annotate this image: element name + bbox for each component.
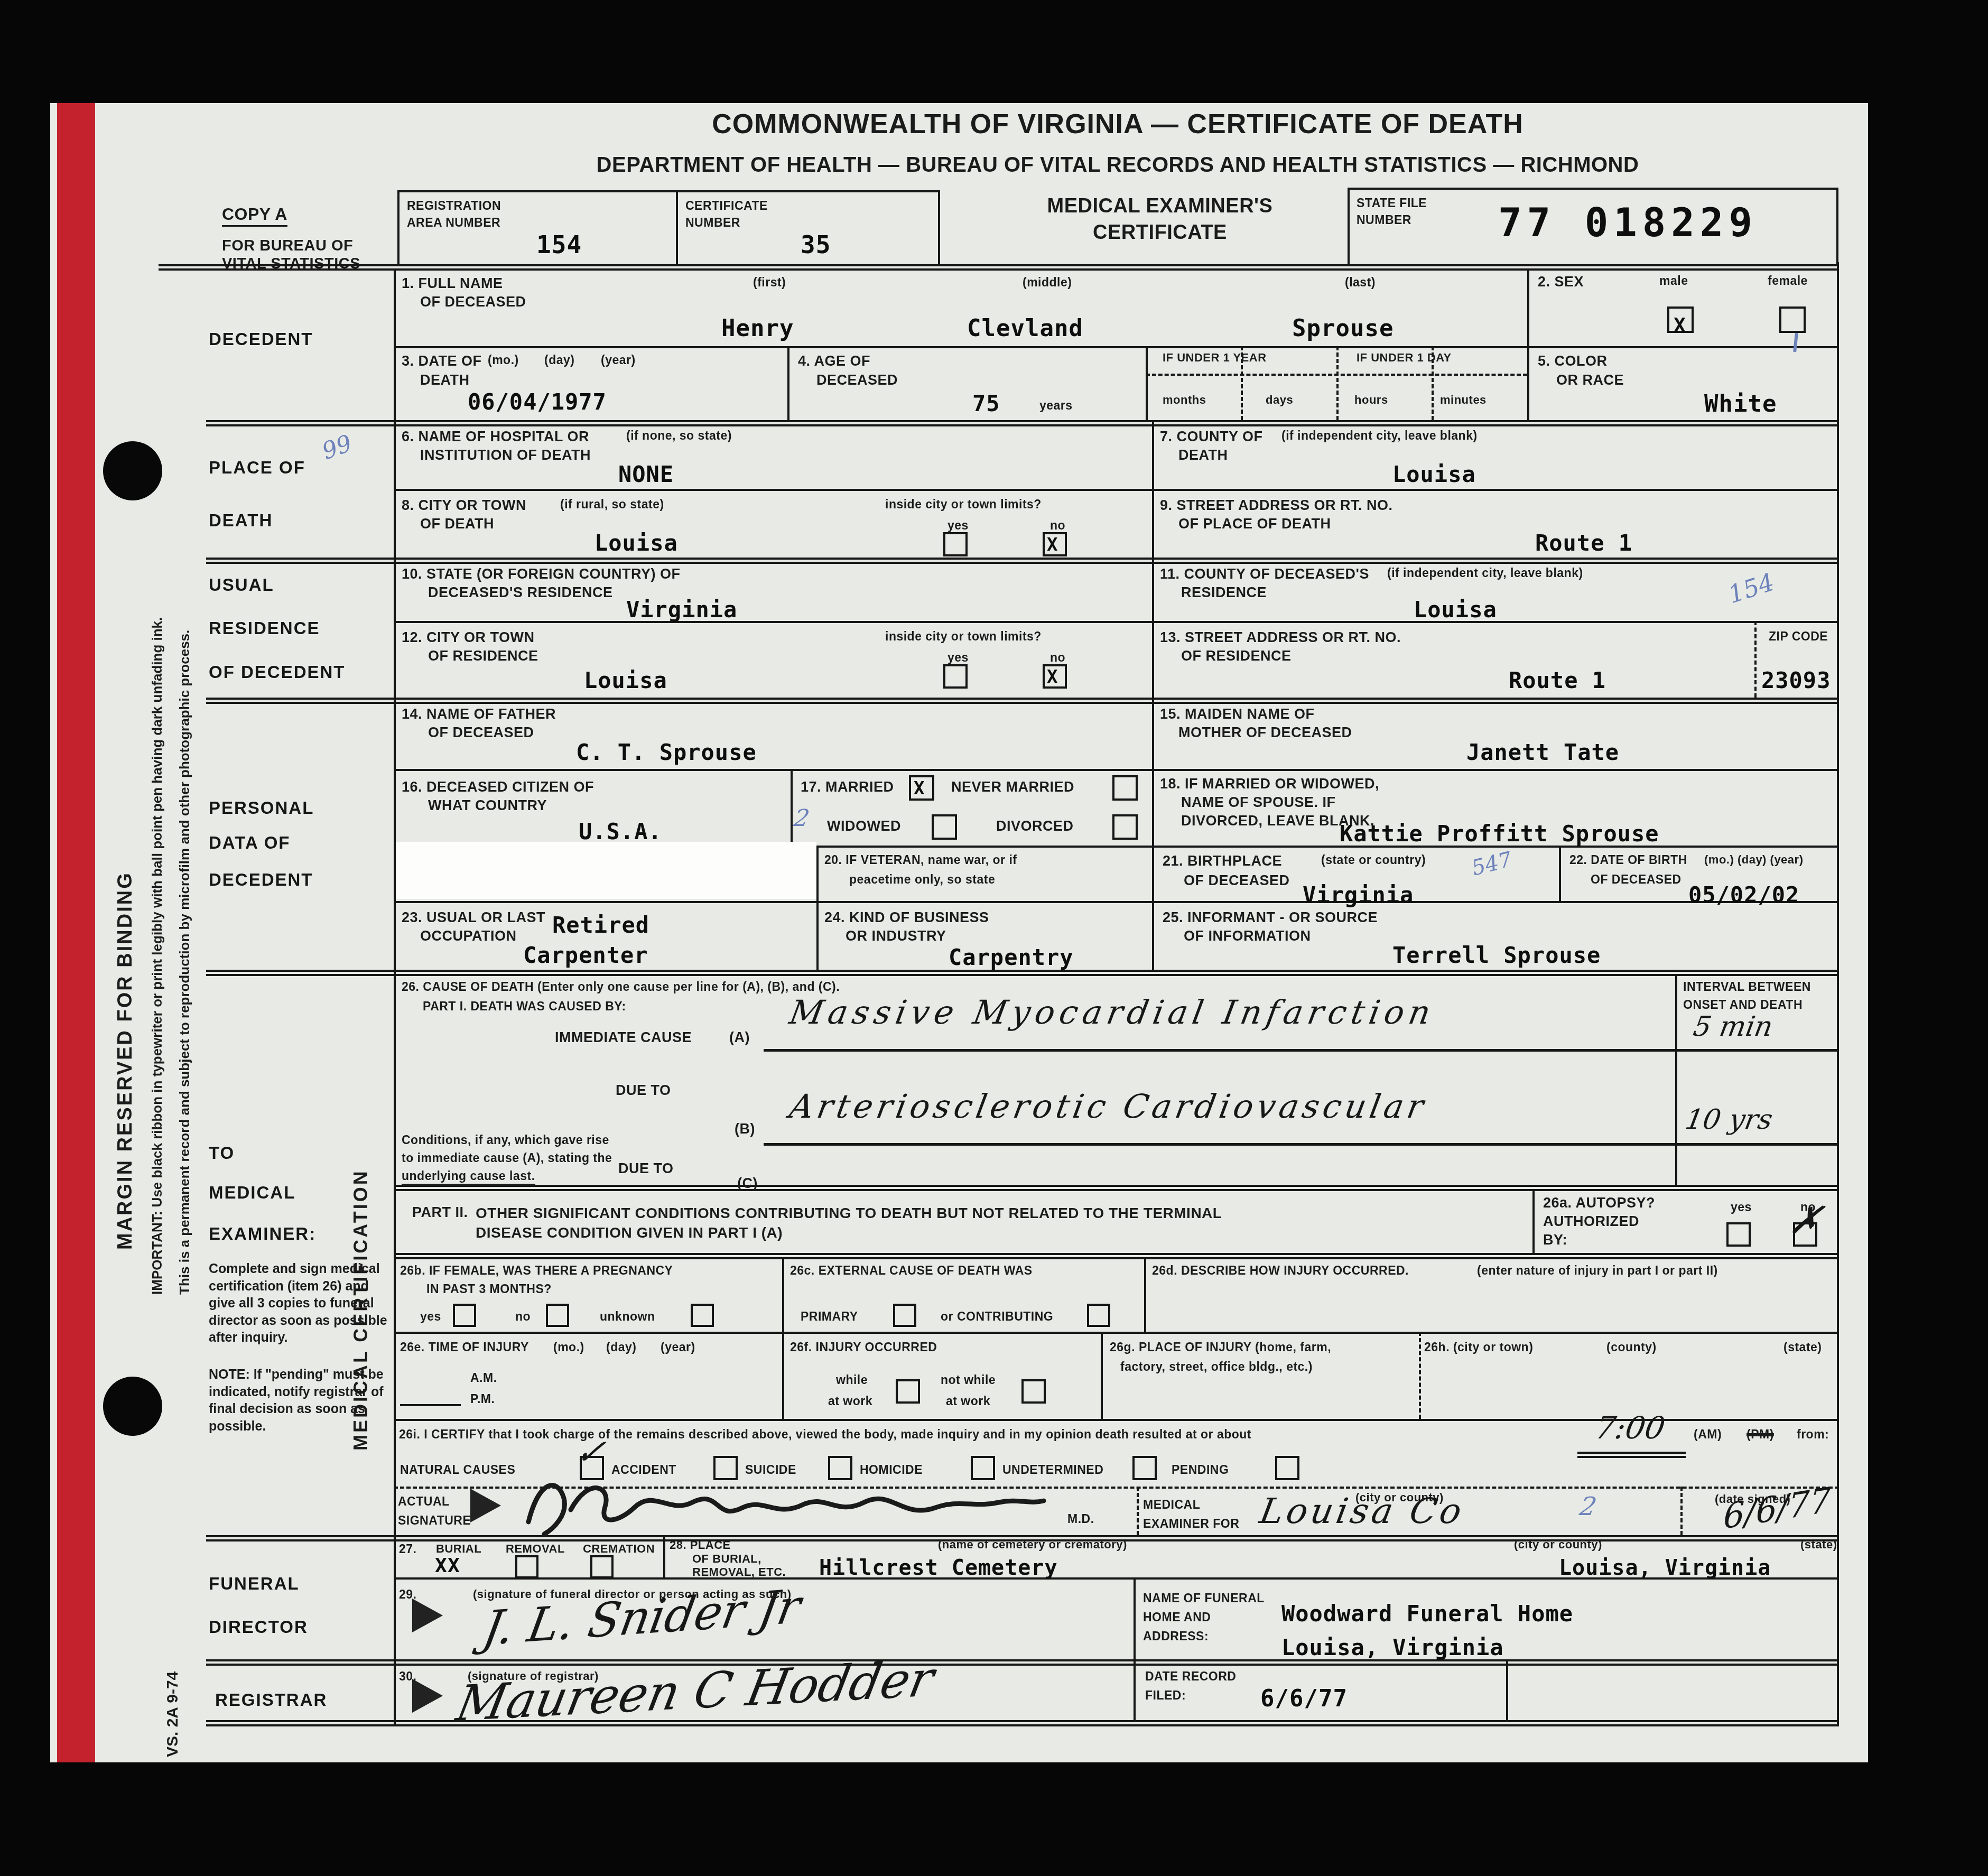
rule (206, 562, 1839, 564)
f21-label1: 21. BIRTHPLACE (1163, 852, 1282, 870)
f26-b: (B) (735, 1120, 755, 1138)
f6-label1: 6. NAME OF HOSPITAL OR (402, 428, 589, 446)
f28-label1: 28. PLACE (670, 1538, 731, 1553)
f26f-atwork2: at work (946, 1394, 990, 1409)
section-usual3: OF DECEDENT (209, 661, 346, 684)
section-personal2: DATA OF (209, 831, 291, 855)
f6-label2: INSTITUTION OF DEATH (420, 447, 591, 465)
redaction-block (396, 842, 816, 899)
hw-blue-2-date: 2 (1578, 1494, 1599, 1519)
f8-no-checkbox: X (1043, 532, 1067, 556)
male-x-mark: X (1674, 315, 1686, 335)
autopsy-no-handwritten-mark: ✗ (1787, 1201, 1825, 1239)
f26b-label1: 26b. IF FEMALE, WAS THERE A PREGNANCY (400, 1263, 673, 1278)
f26h-county: (county) (1606, 1340, 1657, 1355)
margin-important-note: IMPORTANT: Use black ribbon in typewrite… (148, 370, 166, 1295)
f15-label2: MOTHER OF DECEASED (1178, 724, 1352, 742)
certificate-label1: CERTIFICATE (685, 198, 768, 213)
rule (394, 769, 1839, 771)
rule (206, 1724, 1839, 1726)
cremation-label: CREMATION (583, 1541, 655, 1556)
rule (394, 1332, 1839, 1334)
f5-label1: 5. COLOR (1538, 352, 1608, 370)
funeral-home-address: Louisa, Virginia (1281, 1637, 1504, 1659)
f26-c: (C) (737, 1175, 758, 1193)
section-personal1: PERSONAL (209, 796, 314, 820)
contributing-checkbox (1087, 1304, 1110, 1327)
date-of-death: 06/04/1977 (468, 391, 607, 413)
city-residence: Louisa (584, 670, 667, 692)
f26e-label1: 26e. TIME OF INJURY (400, 1340, 529, 1355)
f26f-atwork1: at work (828, 1394, 872, 1409)
removal-label: REMOVAL (506, 1541, 565, 1556)
f26c-label1: 26c. EXTERNAL CAUSE OF DEATH WAS (790, 1263, 1033, 1278)
zip-label: ZIP CODE (1769, 629, 1828, 644)
rule (400, 1404, 461, 1406)
f4-label1: 4. AGE OF (798, 352, 870, 370)
f23-label2: OCCUPATION (420, 927, 517, 945)
part2-label: PART II. (412, 1204, 468, 1222)
rule (206, 974, 1839, 976)
rule (394, 1257, 1839, 1259)
f14-label1: 14. NAME OF FATHER (402, 705, 556, 723)
f16-label1: 16. DECEASED CITIZEN OF (402, 778, 594, 796)
married-x: X (914, 779, 924, 797)
while-at-work-checkbox (896, 1379, 920, 1404)
signature-label: SIGNATURE (398, 1513, 471, 1528)
f12-inside-label: inside city or town limits? (885, 629, 1042, 644)
rule (1152, 420, 1154, 970)
f12-no-x: X (1047, 668, 1057, 686)
section-registrar: REGISTRAR (215, 1688, 327, 1712)
f26b-unknown-label: unknown (600, 1309, 655, 1324)
f7-label2: DEATH (1178, 447, 1228, 465)
f26-a: (A) (729, 1029, 750, 1047)
f3-mo: (mo.) (488, 352, 519, 368)
funeral-home-name: Woodward Funeral Home (1281, 1603, 1573, 1625)
f22-label1b: (mo.) (day) (year) (1704, 852, 1803, 867)
rule (1146, 346, 1148, 420)
f26-cond2: to immediate cause (A), stating the (402, 1150, 612, 1166)
f7-label1b: (if independent city, leave blank) (1281, 428, 1478, 443)
f26h-state: (state) (1783, 1340, 1822, 1355)
under1day-label: IF UNDER 1 DAY (1357, 350, 1452, 365)
f8-no-x: X (1047, 536, 1057, 554)
pending-label: PENDING (1172, 1462, 1229, 1478)
f26-dueto-b: DUE TO (616, 1082, 671, 1100)
copy-for1: FOR BUREAU OF (222, 236, 353, 255)
f25-label2: OF INFORMATION (1184, 927, 1311, 945)
rule (159, 268, 1839, 271)
certificate-paper: MARGIN RESERVED FOR BINDING IMPORTANT: U… (50, 103, 1868, 1762)
natural-causes-handwritten-check: ✓ (573, 1435, 608, 1470)
f26e-mo: (mo.) (553, 1340, 584, 1355)
rule (1134, 1577, 1136, 1720)
am-label: (AM) (1694, 1427, 1722, 1442)
name-middle: Clevland (967, 317, 1083, 340)
hospital: NONE (618, 463, 674, 486)
interval-label1: INTERVAL BETWEEN (1683, 979, 1811, 995)
f3-label2: DEATH (420, 372, 470, 389)
f26b-label2: IN PAST 3 MONTHS? (426, 1281, 552, 1297)
zip-code: 23093 (1761, 670, 1831, 692)
f11-label2: RESIDENCE (1181, 584, 1267, 602)
f30-label1: DATE RECORD (1145, 1669, 1236, 1684)
rule (206, 1664, 1839, 1666)
occupation-line1: Retired (552, 914, 649, 936)
section-usual1: USUAL (209, 573, 274, 597)
f1-label1: 1. FULL NAME (402, 275, 503, 293)
registrar-arrow-icon (412, 1679, 443, 1713)
occupation-line2: Carpenter (523, 944, 648, 967)
form-number: VS. 2A 9-74 (162, 1599, 183, 1757)
f3-day: (day) (544, 352, 574, 368)
rule (206, 558, 1839, 560)
f15-label1: 15. MAIDEN NAME OF (1160, 705, 1315, 723)
cause-b-handwriting: Arteriosclerotic Cardiovascular (787, 1090, 1430, 1123)
rule (206, 420, 1839, 422)
binding-red-stripe (57, 103, 95, 1762)
medical-examiners-line1: MEDICAL EXAMINER'S (996, 194, 1324, 219)
rule (394, 1185, 1839, 1187)
f4-years: years (1039, 398, 1073, 413)
f30-label2: FILED: (1145, 1688, 1186, 1703)
f8-yes-label: yes (947, 518, 969, 533)
hw-blue-99: 99 (319, 432, 355, 463)
f18-label2: NAME OF SPOUSE. IF (1181, 794, 1336, 812)
undetermined-checkbox (1132, 1456, 1157, 1480)
removal-checkbox (515, 1555, 538, 1578)
date-signed-handwriting: 6/6/77 (1723, 1483, 1832, 1534)
name-first: Henry (721, 317, 794, 340)
female-checkbox (1779, 307, 1806, 333)
rule (764, 1143, 1839, 1146)
under1year-label: IF UNDER 1 YEAR (1163, 350, 1267, 365)
f21-label1b: (state or country) (1321, 852, 1426, 868)
f28-label2: OF BURIAL, (692, 1552, 761, 1566)
f6-label1b: (if none, so state) (626, 428, 732, 443)
f8-label1b: (if rural, so state) (560, 497, 664, 512)
rule (1527, 268, 1529, 420)
f28-label3: REMOVAL, ETC. (692, 1565, 786, 1580)
rule (394, 346, 1839, 348)
f2-female-label: female (1768, 273, 1808, 289)
rule (394, 1253, 1839, 1255)
f26d-label1b: (enter nature of injury in part I or par… (1477, 1263, 1718, 1278)
page-title: COMMONWEALTH OF VIRGINIA — CERTIFICATE O… (642, 107, 1593, 142)
f8-label1: 8. CITY OR TOWN (402, 497, 526, 515)
autopsy-yes-checkbox (1726, 1222, 1751, 1247)
f8-no-label: no (1050, 518, 1065, 533)
never-married-checkbox (1112, 775, 1138, 801)
f9-label2: OF PLACE OF DEATH (1178, 515, 1331, 533)
me-for-label2: EXAMINER FOR (1143, 1516, 1239, 1531)
medical-examiner-signature-scribble (515, 1472, 1054, 1538)
f1-first-label: (first) (753, 275, 786, 290)
actual-label: ACTUAL (398, 1494, 450, 1509)
f28-state-label: (state) (1800, 1537, 1837, 1552)
f26-cond3: underlying cause last. (402, 1168, 535, 1186)
f8-yes-checkbox (943, 532, 968, 556)
f26a-label3: BY: (1543, 1231, 1567, 1249)
f26f-while: while (836, 1372, 868, 1388)
name-last: Sprouse (1292, 317, 1394, 340)
f5-label2: OR RACE (1556, 372, 1624, 389)
section-funeral2: DIRECTOR (209, 1615, 308, 1639)
rule (206, 424, 1839, 426)
registration-label2: AREA NUMBER (407, 215, 500, 230)
rule (1675, 974, 1677, 1185)
street-residence: Route 1 (1509, 670, 1606, 692)
from-label: from: (1797, 1427, 1829, 1442)
cremation-checkbox (590, 1555, 614, 1578)
widowed-checkbox (932, 814, 957, 840)
f12-label1: 12. CITY OR TOWN (402, 629, 535, 647)
f3-year: (year) (601, 352, 636, 368)
citizen-of: U.S.A. (579, 821, 662, 843)
page-subtitle: DEPARTMENT OF HEALTH — BUREAU OF VITAL R… (563, 152, 1673, 178)
interval-b-handwriting: 10 yrs (1683, 1106, 1775, 1134)
rule (816, 846, 819, 970)
f1-label2: OF DECEASED (420, 293, 526, 311)
f17-never-label: NEVER MARRIED (951, 778, 1074, 796)
f12-no-checkbox: X (1043, 664, 1067, 689)
f26c-primary-label: PRIMARY (801, 1309, 858, 1324)
hw-blue-2-widowed: 2 (792, 807, 811, 830)
certificate-number: 35 (801, 233, 831, 257)
state-file-number: 77 018229 (1498, 203, 1758, 243)
pregnancy-yes-checkbox (453, 1304, 476, 1327)
f20-label2: peacetime only, so state (849, 872, 995, 887)
f17-married-label: 17. MARRIED (801, 778, 894, 796)
section-to1: TO (209, 1141, 235, 1165)
f29-home-label1: NAME OF FUNERAL (1143, 1591, 1265, 1606)
hours-label: hours (1354, 393, 1388, 407)
copy-a-label: COPY A (222, 203, 287, 225)
rule (394, 901, 1839, 903)
rule (206, 702, 1839, 704)
rule (206, 1659, 1839, 1661)
primary-checkbox (893, 1304, 916, 1327)
f27-number: 27. (399, 1541, 416, 1557)
f29-home-label2: HOME AND (1143, 1610, 1211, 1625)
f26-cond1: Conditions, if any, which gave rise (402, 1132, 609, 1148)
rule (782, 1257, 784, 1419)
father-name: C. T. Sprouse (576, 741, 757, 764)
age: 75 (972, 393, 1000, 415)
married-checkbox: X (909, 775, 934, 801)
f1-last-label: (last) (1345, 275, 1376, 290)
rule (159, 264, 1839, 266)
pending-checkbox (1275, 1456, 1299, 1480)
f26a-label2: AUTHORIZED (1543, 1213, 1639, 1231)
informant: Terrell Sprouse (1392, 944, 1601, 967)
f26-part1: PART I. DEATH WAS CAUSED BY: (423, 999, 626, 1014)
me-for-handwriting: Louisa Co (1257, 1494, 1467, 1529)
city-of-death: Louisa (594, 532, 678, 554)
f13-label1: 13. STREET ADDRESS OR RT. NO. (1160, 629, 1401, 647)
state-file-label2: NUMBER (1357, 212, 1411, 228)
f12-label2: OF RESIDENCE (428, 647, 538, 665)
f26a-yes-label: yes (1731, 1200, 1752, 1215)
f8-label2: OF DEATH (420, 515, 494, 533)
f25-label1: 25. INFORMANT - OR SOURCE (1163, 909, 1378, 927)
f26d-label1: 26d. DESCRIBE HOW INJURY OCCURRED. (1152, 1263, 1409, 1278)
rule (206, 1720, 1839, 1722)
f26f-label1: 26f. INJURY OCCURRED (790, 1340, 937, 1355)
pending-note: NOTE: If "pending" must be indicated, no… (209, 1366, 391, 1435)
business: Carpentry (949, 946, 1074, 969)
rule (1577, 1452, 1686, 1454)
mother-name: Janett Tate (1466, 741, 1619, 764)
street-of-death: Route 1 (1535, 532, 1632, 554)
rule (1680, 1487, 1683, 1535)
hw-blue-547: 547 (1470, 849, 1514, 879)
divorced-checkbox (1112, 814, 1138, 840)
f26e-year: (year) (661, 1340, 695, 1355)
days-label: days (1266, 393, 1293, 407)
rule (1101, 1332, 1103, 1419)
f26f-notwhile: not while (941, 1372, 996, 1388)
months-label: months (1163, 393, 1206, 407)
rule (1559, 846, 1561, 901)
section-to3: EXAMINER: (209, 1222, 316, 1246)
f12-no-label: no (1050, 650, 1065, 665)
f3-label1: 3. DATE OF (402, 352, 482, 370)
section-usual2: RESIDENCE (209, 617, 320, 640)
f26h-label1: 26h. (city or town) (1424, 1340, 1533, 1355)
f23-label1: 23. USUAL OR LAST (402, 909, 545, 927)
pregnancy-no-checkbox (546, 1304, 569, 1327)
natural-causes-label: NATURAL CAUSES (400, 1462, 515, 1478)
section-place1: PLACE OF (209, 456, 305, 480)
rule (1419, 1332, 1421, 1419)
spouse-name: Kattie Proffitt Sprouse (1340, 823, 1659, 845)
signature-arrow-icon (470, 1489, 501, 1522)
rule (1506, 1659, 1508, 1720)
f10-label1: 10. STATE (OR FOREIGN COUNTRY) OF (402, 565, 681, 583)
county-residence: Louisa (1414, 599, 1497, 621)
f14-label2: OF DECEASED (428, 724, 534, 742)
hw-blue-154: 154 (1725, 570, 1777, 607)
registration-label1: REGISTRATION (407, 198, 501, 213)
margin-permanent-note: This is a permanent record and subject t… (176, 370, 194, 1295)
color-or-race: White (1704, 393, 1777, 416)
me-for-label1: MEDICAL (1143, 1497, 1200, 1512)
pm-label-struck: (PM) (1747, 1427, 1774, 1442)
margin-binding-note: MARGIN RESERVED FOR BINDING (113, 642, 138, 1250)
date-of-birth: 05/02/02 (1688, 884, 1799, 906)
part2-text2: DISEASE CONDITION GIVEN IN PART I (A) (476, 1223, 783, 1242)
f22-label2: OF DECEASED (1591, 872, 1682, 887)
certificate-label2: NUMBER (685, 215, 740, 230)
rule (394, 1189, 1839, 1191)
f20-label1: 20. IF VETERAN, name war, or if (824, 852, 1017, 868)
rule (787, 346, 789, 420)
f26e-am: A.M. (470, 1370, 497, 1386)
f26g-label1: 26g. PLACE OF INJURY (home, farm, (1110, 1340, 1331, 1355)
f26-head: 26. CAUSE OF DEATH (Enter only one cause… (402, 979, 840, 995)
f8-inside-label: inside city or town limits? (885, 497, 1042, 512)
time-of-death-handwriting: 7:00 (1593, 1413, 1667, 1443)
f26-dueto-c: DUE TO (618, 1160, 674, 1178)
f26e-pm: P.M. (470, 1391, 495, 1407)
rule (1532, 1189, 1535, 1253)
f2-label: 2. SEX (1538, 273, 1584, 291)
f10-label2: DECEASED'S RESIDENCE (428, 584, 613, 602)
certify-text: 26i. I CERTIFY that I took charge of the… (399, 1427, 1251, 1442)
punch-hole-bottom (103, 1377, 162, 1436)
blue-tick-mark (1793, 333, 1798, 352)
f4-label2: DECEASED (816, 372, 898, 389)
f11-label1: 11. COUNTY OF DECEASED'S (1160, 565, 1369, 583)
rule (394, 268, 396, 1724)
birthplace: Virginia (1303, 884, 1414, 906)
interval-a-handwriting: 5 min (1691, 1013, 1775, 1041)
f24-label1: 24. KIND OF BUSINESS (824, 909, 989, 927)
f12-yes-checkbox (943, 664, 968, 689)
medical-examiners-line2: CERTIFICATE (996, 220, 1324, 246)
rule (1144, 1257, 1146, 1332)
f16-label2: WHAT COUNTRY (428, 797, 547, 815)
f13-label2: OF RESIDENCE (1181, 647, 1292, 665)
pregnancy-unknown-checkbox (691, 1304, 714, 1327)
rule (394, 621, 1839, 623)
f1-middle-label: (middle) (1023, 275, 1072, 290)
registration-area-number: 154 (536, 233, 582, 257)
rule (1837, 262, 1839, 1724)
part2-text1: OTHER SIGNIFICANT CONDITIONS CONTRIBUTIN… (476, 1204, 1222, 1222)
f26-immediate: IMMEDIATE CAUSE (555, 1029, 692, 1047)
rule (1146, 374, 1527, 376)
male-checkbox: X (1667, 307, 1694, 333)
f26g-label2: factory, street, office bldg., etc.) (1120, 1359, 1313, 1375)
rule (1137, 1487, 1139, 1535)
f17-widowed-label: WIDOWED (827, 818, 901, 835)
cause-a-handwriting: Massive Myocardial Infarction (787, 996, 1438, 1029)
interval-label2: ONSET AND DEATH (1683, 997, 1803, 1013)
f11-label1b: (if independent city, leave blank) (1387, 565, 1583, 581)
f26e-day: (day) (606, 1340, 636, 1355)
funeral-director-arrow-icon (412, 1599, 443, 1632)
f26b-no-label: no (515, 1309, 531, 1324)
f24-label2: OR INDUSTRY (846, 927, 946, 945)
not-while-at-work-checkbox (1021, 1379, 1046, 1404)
burial-city-county: Louisa, Virginia (1559, 1557, 1771, 1578)
place-of-burial: Hillcrest Cemetery (819, 1557, 1057, 1578)
section-funeral1: FUNERAL (209, 1572, 300, 1596)
rule (206, 698, 1839, 700)
f26b-yes-label: yes (420, 1309, 441, 1324)
rule (1336, 346, 1339, 420)
rule (394, 489, 1839, 491)
f26a-label1: 26a. AUTOPSY? (1543, 1194, 1655, 1212)
f21-label2: OF DECEASED (1184, 872, 1290, 890)
f7-label1: 7. COUNTY OF (1160, 428, 1263, 446)
section-personal3: DECEDENT (209, 868, 313, 892)
minutes-label: minutes (1440, 393, 1487, 407)
complete-note: Complete and sign medical certification … (209, 1260, 391, 1346)
section-decedent: DECEDENT (209, 328, 313, 351)
f12-yes-label: yes (947, 650, 969, 665)
f18-label1: 18. IF MARRIED OR WIDOWED, (1160, 775, 1379, 793)
rule (1754, 621, 1757, 698)
f17-divorced-label: DIVORCED (996, 818, 1074, 835)
f26c-contributing-label: or CONTRIBUTING (941, 1309, 1053, 1324)
md-label: M.D. (1067, 1511, 1094, 1527)
f28-city-county-label: (city or county) (1514, 1537, 1602, 1552)
state-file-label1: STATE FILE (1357, 196, 1427, 211)
